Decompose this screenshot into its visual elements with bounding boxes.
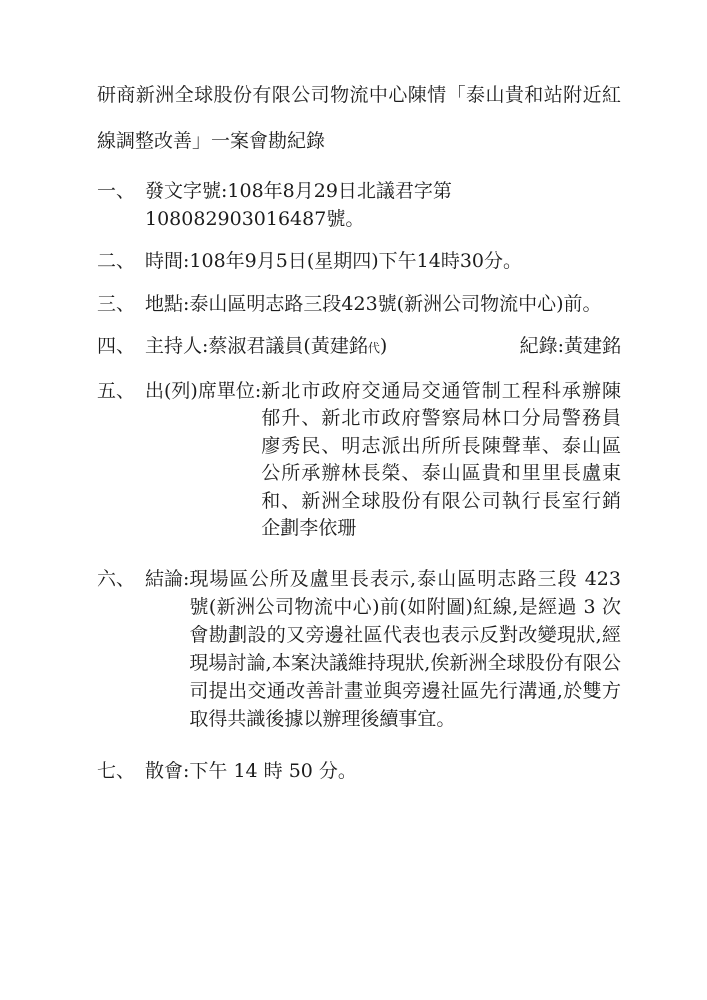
item-conclusion-body: 結論: 現場區公所及盧里長表示,泰山區明志路三段 423 號(新洲公司物流中心)… — [145, 565, 621, 733]
item-text: 時間:108年9月5日(星期四)下午14時30分。 — [145, 248, 621, 276]
host-label: 主持人: — [145, 335, 208, 357]
attendees-label: 出(列)席單位: — [145, 378, 261, 543]
item-text: 散會:下午 14 時 50 分。 — [145, 758, 621, 786]
item-ordinal: 七、 — [97, 758, 145, 786]
item-conclusion: 六、 結論: 現場區公所及盧里長表示,泰山區明志路三段 423 號(新洲公司物流… — [97, 565, 621, 733]
host-proxy-annotation: 代 — [368, 341, 380, 355]
item-ordinal: 六、 — [97, 565, 145, 593]
item-text: 發文字號:108年8月29日北議君字第108082903016487號。 — [145, 178, 621, 233]
item-text: 地點:泰山區明志路三段423號(新洲公司物流中心)前。 — [145, 291, 621, 319]
item-document-number: 一、 發文字號:108年8月29日北議君字第108082903016487號。 — [97, 178, 621, 233]
host-name: 主持人:蔡淑君議員(黃建銘代) — [145, 333, 387, 363]
conclusion-label: 結論: — [145, 565, 189, 733]
item-location: 三、 地點:泰山區明志路三段423號(新洲公司物流中心)前。 — [97, 291, 621, 319]
item-ordinal: 五、 — [97, 378, 145, 406]
host-close-paren: ) — [380, 335, 387, 357]
item-attendees: 五、 出(列)席單位: 新北市政府交通局交通管制工程科承辦陳郁升、新北市政府警察… — [97, 378, 621, 543]
item-ordinal: 一、 — [97, 178, 145, 206]
recorder-name: 紀錄:黃建銘 — [520, 333, 621, 363]
item-host: 四、 主持人:蔡淑君議員(黃建銘代) 紀錄:黃建銘 — [97, 333, 621, 363]
document-item-list: 一、 發文字號:108年8月29日北議君字第108082903016487號。 … — [97, 178, 621, 785]
document-page: 研商新洲全球股份有限公司物流中心陳情「泰山貴和站附近紅線調整改善」一案會勘紀錄 … — [0, 0, 707, 1000]
host-text: 蔡淑君議員(黃建銘 — [208, 335, 367, 357]
item-ordinal: 三、 — [97, 291, 145, 319]
item-time: 二、 時間:108年9月5日(星期四)下午14時30分。 — [97, 248, 621, 276]
item-ordinal: 二、 — [97, 248, 145, 276]
item-host-body: 主持人:蔡淑君議員(黃建銘代) 紀錄:黃建銘 — [145, 333, 621, 363]
conclusion-text: 現場區公所及盧里長表示,泰山區明志路三段 423 號(新洲公司物流中心)前(如附… — [189, 565, 621, 733]
item-adjournment: 七、 散會:下午 14 時 50 分。 — [97, 758, 621, 786]
item-attendees-body: 出(列)席單位: 新北市政府交通局交通管制工程科承辦陳郁升、新北市政府警察局林口… — [145, 378, 621, 543]
document-title: 研商新洲全球股份有限公司物流中心陳情「泰山貴和站附近紅線調整改善」一案會勘紀錄 — [97, 72, 621, 164]
attendees-text: 新北市政府交通局交通管制工程科承辦陳郁升、新北市政府警察局林口分局警務員廖秀民、… — [261, 378, 621, 543]
item-ordinal: 四、 — [97, 333, 145, 361]
